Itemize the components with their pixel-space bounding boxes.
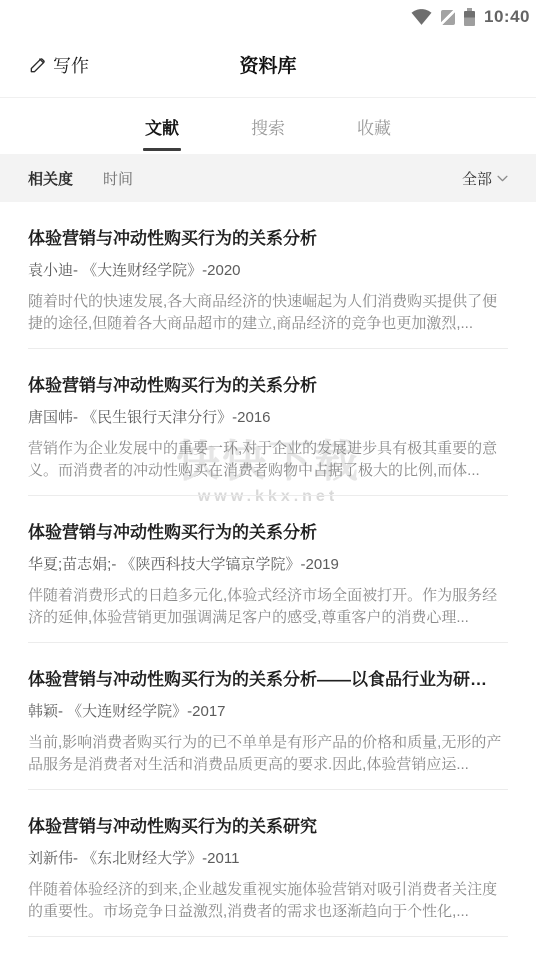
category-filter[interactable]: 全部 [462, 168, 508, 189]
article-abstract: 伴随着消费形式的日趋多元化,体验式经济市场全面被打开。作为服务经济的延伸,体验营… [28, 585, 508, 629]
article-abstract: 营销作为企业发展中的重要一环,对于企业的发展进步具有极其重要的意义。而消费者的冲… [28, 438, 508, 482]
article-item[interactable]: 体验营销与冲动性购买行为的关系分析 唐国帏- 《民生银行天津分行》-2016 营… [0, 349, 536, 496]
article-title: 体验营销与冲动性购买行为的关系分析 [28, 374, 508, 397]
article-meta: 刘新伟- 《东北财经大学》-2011 [28, 850, 508, 868]
sort-time[interactable]: 时间 [103, 168, 133, 189]
pencil-icon [28, 55, 48, 75]
article-title: 体验营销与冲动性购买行为的关系分析 [28, 227, 508, 250]
article-meta: 韩颖- 《大连财经学院》-2017 [28, 703, 508, 721]
write-button[interactable]: 写作 [28, 52, 89, 78]
article-item[interactable]: 体验营销与冲动性购买行为的关系分析 袁小迪- 《大连财经学院》-2020 随着时… [0, 202, 536, 349]
category-label: 全部 [462, 168, 492, 189]
status-time: 10:40 [484, 7, 530, 27]
sort-relevance[interactable]: 相关度 [28, 168, 73, 189]
article-meta: 袁小迪- 《大连财经学院》-2020 [28, 262, 508, 280]
write-button-label: 写作 [53, 52, 89, 78]
article-abstract: 伴随着体验经济的到来,企业越发重视实施体验营销对吸引消费者关注度的重要性。市场竞… [28, 879, 508, 923]
tab-search-label: 搜索 [251, 114, 285, 139]
article-meta: 华夏;苗志娟;- 《陕西科技大学镐京学院》-2019 [28, 556, 508, 574]
article-list: 体验营销与冲动性购买行为的关系分析 袁小迪- 《大连财经学院》-2020 随着时… [0, 202, 536, 937]
article-abstract: 当前,影响消费者购买行为的已不单单是有形产品的价格和质量,无形的产品服务是消费者… [28, 732, 508, 776]
filter-bar: 相关度 时间 全部 [0, 154, 536, 202]
battery-icon [464, 11, 475, 26]
article-title: 体验营销与冲动性购买行为的关系研究 [28, 815, 508, 838]
tab-search[interactable]: 搜索 [251, 98, 285, 154]
article-title: 体验营销与冲动性购买行为的关系分析——以食品行业为研… [28, 668, 508, 691]
article-item[interactable]: 体验营销与冲动性购买行为的关系分析——以食品行业为研… 韩颖- 《大连财经学院》… [0, 643, 536, 790]
chevron-down-icon [497, 175, 508, 182]
tab-favorites[interactable]: 收藏 [357, 98, 391, 154]
header: 写作 资料库 [0, 32, 536, 98]
article-abstract: 随着时代的快速发展,各大商品经济的快速崛起为人们消费购买提供了便捷的途径,但随着… [28, 291, 508, 335]
article-item[interactable]: 体验营销与冲动性购买行为的关系研究 刘新伟- 《东北财经大学》-2011 伴随着… [0, 790, 536, 937]
divider [28, 936, 508, 937]
tab-literature-label: 文献 [145, 114, 179, 139]
wifi-icon [411, 9, 432, 25]
status-bar: 10:40 [0, 0, 536, 32]
article-title: 体验营销与冲动性购买行为的关系分析 [28, 521, 508, 544]
no-sim-icon [441, 10, 455, 25]
tab-favorites-label: 收藏 [357, 114, 391, 139]
tab-bar: 文献 搜索 收藏 [0, 98, 536, 154]
article-item[interactable]: 体验营销与冲动性购买行为的关系分析 华夏;苗志娟;- 《陕西科技大学镐京学院》-… [0, 496, 536, 643]
article-meta: 唐国帏- 《民生银行天津分行》-2016 [28, 409, 508, 427]
tab-literature[interactable]: 文献 [145, 98, 179, 154]
